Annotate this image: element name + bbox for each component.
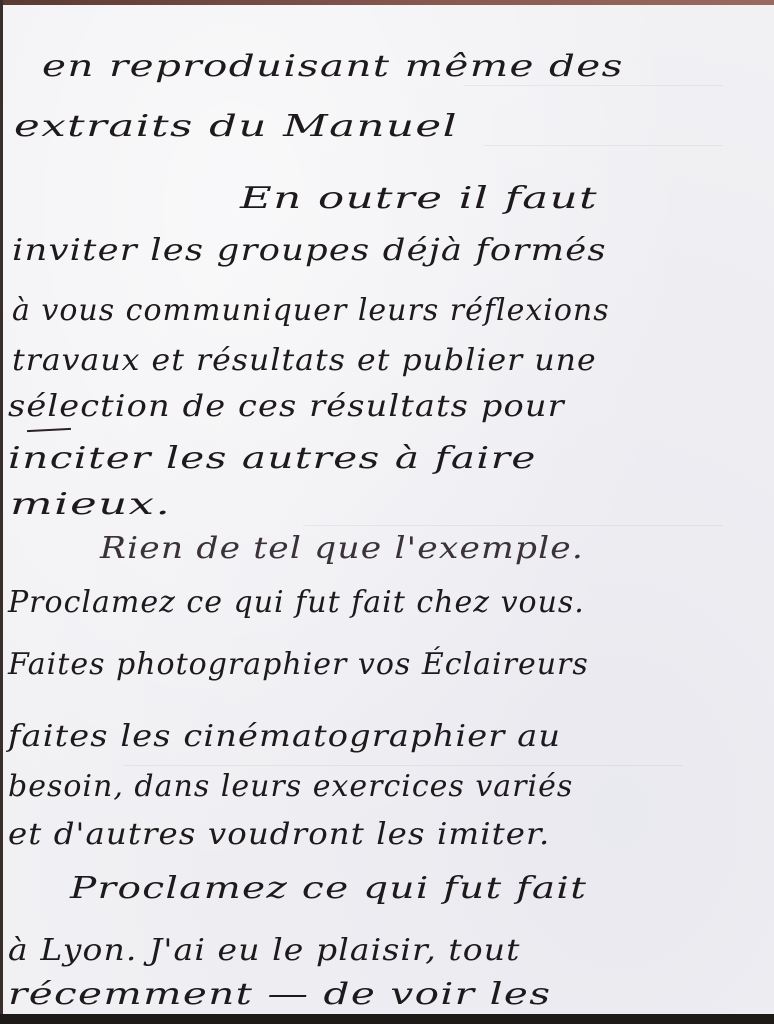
bleed-through-mark [303, 525, 723, 526]
handwritten-line: mieux. [10, 487, 171, 522]
handwritten-line: en reproduisant même des [42, 49, 624, 84]
handwritten-line: Rien de tel que l'exemple. [100, 531, 584, 566]
handwritten-line: travaux et résultats et publier une [12, 343, 597, 378]
manuscript-photo: en reproduisant même des extraits du Man… [0, 0, 774, 1024]
handwritten-line: sélection de ces résultats pour [8, 389, 565, 424]
ink-stroke [27, 428, 71, 432]
bleed-through-mark [463, 85, 723, 86]
handwritten-line: besoin, dans leurs exercices variés [8, 769, 573, 804]
handwritten-line: récemment — de voir les [8, 977, 551, 1012]
handwritten-line: à Lyon. J'ai eu le plaisir, tout [8, 933, 520, 968]
bleed-through-mark [123, 765, 683, 766]
handwritten-line: à vous communiquer leurs réflexions [12, 293, 610, 328]
handwritten-line: et d'autres voudront les imiter. [8, 817, 550, 852]
handwritten-line: faites les cinématographier au [8, 719, 561, 754]
handwritten-line: extraits du Manuel [14, 109, 458, 144]
handwritten-line: inciter les autres à faire [8, 441, 537, 476]
manuscript-page: en reproduisant même des extraits du Man… [3, 5, 774, 1014]
handwritten-line: Proclamez ce qui fut fait chez vous. [8, 585, 585, 620]
page-bottom-edge [0, 1014, 774, 1024]
handwritten-line: Faites photographier vos Éclaireurs [8, 647, 589, 682]
handwritten-line: En outre il faut [240, 181, 598, 216]
bleed-through-mark [483, 145, 723, 146]
handwritten-line: Proclamez ce qui fut fait [70, 871, 587, 906]
handwritten-line: inviter les groupes déjà formés [12, 233, 607, 268]
